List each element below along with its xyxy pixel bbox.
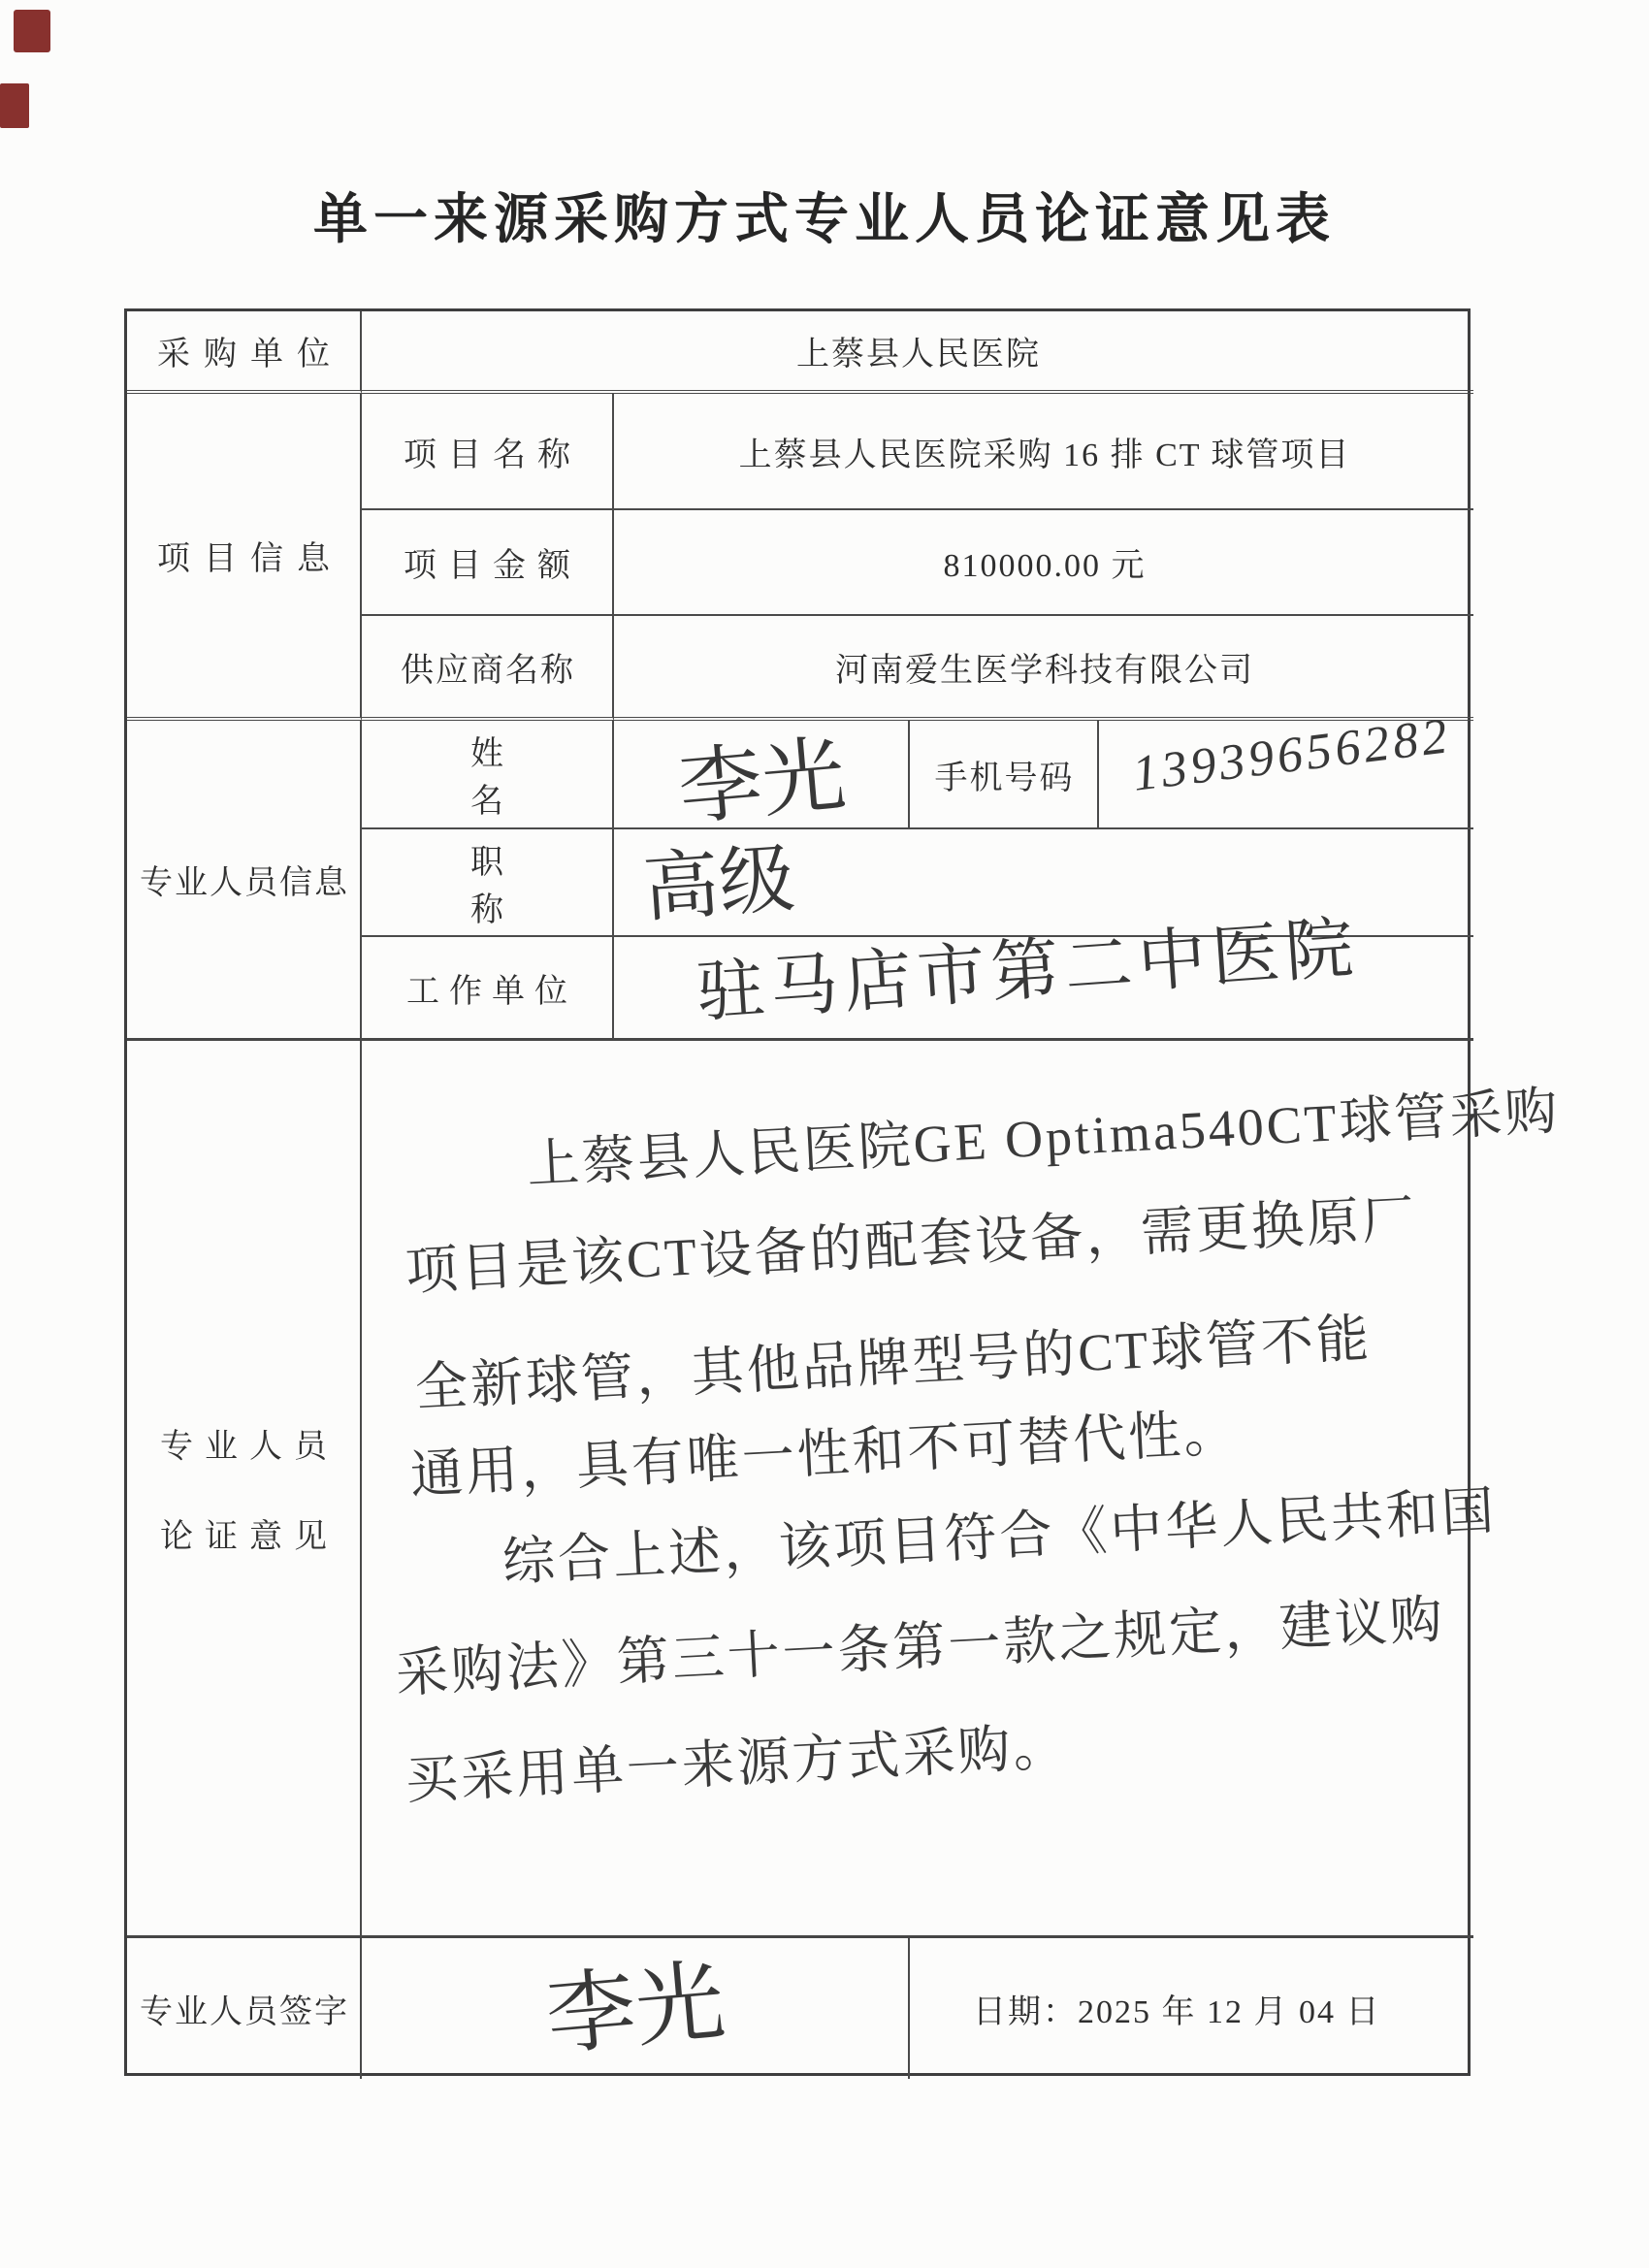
signature-label: 专业人员签字 <box>127 1938 362 2079</box>
phone-label: 手机号码 <box>910 721 1099 829</box>
opinion-section-label: 专业人员 论证意见 <box>127 1041 362 1938</box>
name-value-handwritten: 李光 <box>614 721 910 829</box>
signature-date: 日期：2025 年 12 月 04 日 <box>910 1938 1473 2079</box>
project-name-label: 项目名称 <box>362 394 614 510</box>
name-label: 姓名 <box>362 721 614 829</box>
professional-section-label: 专业人员信息 <box>127 721 362 1041</box>
scan-corner-mark <box>0 83 29 128</box>
project-name-value: 上蔡县人民医院采购 16 排 CT 球管项目 <box>614 394 1473 510</box>
supplier-label: 供应商名称 <box>362 616 614 721</box>
scan-corner-mark <box>14 10 50 52</box>
project-section-label: 项目信息 <box>127 394 362 721</box>
project-amount-value: 810000.00 元 <box>614 510 1473 616</box>
scanned-form-page: 单一来源采购方式专业人员论证意见表 采购单位 上蔡县人民医院 项目信息 项目名称… <box>0 0 1649 2268</box>
supplier-value: 河南爱生医学科技有限公司 <box>614 616 1473 721</box>
handwritten-phone: 13939656282 <box>1129 707 1454 803</box>
purchaser-label: 采购单位 <box>127 311 362 394</box>
opinion-line-6: 采购法》第三十一条第一款之规定，建议购 <box>394 1577 1447 1707</box>
title-label: 职称 <box>362 829 614 937</box>
handwritten-signature: 李光 <box>540 1929 729 2073</box>
page-title: 单一来源采购方式专业人员论证意见表 <box>0 177 1649 254</box>
opinion-line-7: 买采用单一来源方式采购。 <box>404 1704 1070 1814</box>
project-amount-label: 项目金额 <box>362 510 614 616</box>
opinion-label-line1: 专业人员 <box>148 1419 339 1467</box>
signature-handwritten: 李光 <box>362 1938 910 2079</box>
phone-value-handwritten: 13939656282 <box>1099 721 1473 829</box>
opinion-form-table: 采购单位 上蔡县人民医院 项目信息 项目名称 上蔡县人民医院采购 16 排 CT… <box>124 308 1471 2076</box>
workunit-value-handwritten: 驻马店市第二中医院 <box>614 937 1473 1041</box>
opinion-handwritten-text: 上蔡县人民医院GE Optima540CT球管采购 项目是该CT设备的配套设备，… <box>362 1041 1473 1938</box>
opinion-label-line2: 论证意见 <box>148 1509 339 1557</box>
workunit-label: 工作单位 <box>362 937 614 1041</box>
purchaser-value: 上蔡县人民医院 <box>362 311 1473 394</box>
handwritten-title: 高级 <box>639 818 797 937</box>
